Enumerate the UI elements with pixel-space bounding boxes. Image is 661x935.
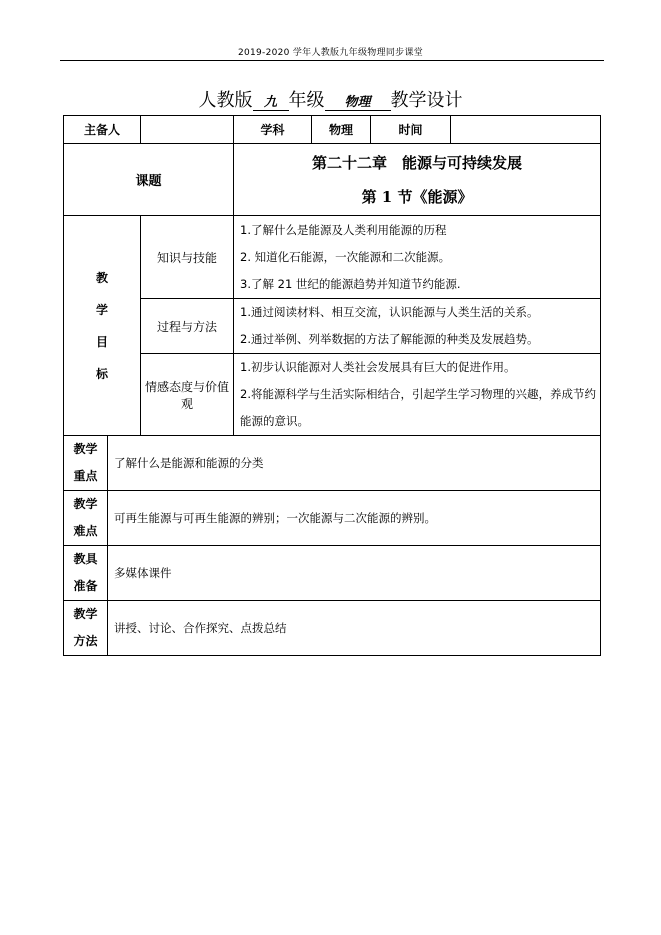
objective-category: 情感态度与价值观 — [141, 354, 234, 436]
objective-content: 1.通过阅读材料、相互交流，认识能源与人类生活的关系。 2.通过举例、列举数据的… — [234, 299, 601, 354]
info-row: 主备人 学科 物理 时间 — [64, 116, 601, 144]
header-divider — [60, 60, 604, 61]
row-value: 了解什么是能源和能源的分类 — [108, 436, 601, 491]
teaching-methods-row: 教学 方法 讲授、讨论、合作探究、点拨总结 — [64, 601, 601, 656]
row-label: 教具 准备 — [64, 546, 108, 601]
row-label: 教学 方法 — [64, 601, 108, 656]
lesson-plan-table: 主备人 学科 物理 时间 课题 第二十二章 能源与可持续发展 第 1 节《能源》… — [63, 115, 601, 656]
time-value — [451, 116, 601, 144]
objective-content: 1.初步认识能源对人类社会发展具有巨大的促进作用。 2.将能源科学与生活实际相结… — [234, 354, 601, 436]
topic-chapter: 第二十二章 能源与可持续发展 — [234, 146, 600, 180]
title-middle: 年级 — [289, 90, 325, 111]
document-title: 人教版九年级物理教学设计 — [0, 86, 661, 112]
objectives-label: 教 学 目 标 — [64, 216, 141, 436]
row-value: 多媒体课件 — [108, 546, 601, 601]
topic-row: 课题 第二十二章 能源与可持续发展 第 1 节《能源》 — [64, 144, 601, 216]
teaching-aids-row: 教具 准备 多媒体课件 — [64, 546, 601, 601]
time-label: 时间 — [371, 116, 451, 144]
key-points-row: 教学 重点 了解什么是能源和能源的分类 — [64, 436, 601, 491]
objective-row-attitude: 情感态度与价值观 1.初步认识能源对人类社会发展具有巨大的促进作用。 2.将能源… — [64, 354, 601, 436]
row-value: 可再生能源与可再生能源的辨别；一次能源与二次能源的辨别。 — [108, 491, 601, 546]
topic-label: 课题 — [64, 144, 234, 216]
topic-cell: 第二十二章 能源与可持续发展 第 1 节《能源》 — [234, 144, 601, 216]
objective-content: 1.了解什么是能源及人类利用能源的历程 2. 知道化石能源，一次能源和二次能源。… — [234, 216, 601, 299]
title-subject-blank: 物理 — [325, 91, 391, 111]
objective-row-knowledge: 教 学 目 标 知识与技能 1.了解什么是能源及人类利用能源的历程 2. 知道化… — [64, 216, 601, 299]
preparer-label: 主备人 — [64, 116, 141, 144]
row-label: 教学 重点 — [64, 436, 108, 491]
title-suffix: 教学设计 — [391, 90, 463, 111]
running-header: 2019-2020 学年人教版九年级物理同步课堂 — [0, 45, 661, 58]
objective-category: 过程与方法 — [141, 299, 234, 354]
title-grade-blank: 九 — [253, 91, 289, 111]
topic-section: 第 1 节《能源》 — [234, 180, 600, 214]
objective-category: 知识与技能 — [141, 216, 234, 299]
difficulties-row: 教学 难点 可再生能源与可再生能源的辨别；一次能源与二次能源的辨别。 — [64, 491, 601, 546]
title-prefix: 人教版 — [199, 90, 253, 111]
row-value: 讲授、讨论、合作探究、点拨总结 — [108, 601, 601, 656]
subject-label: 学科 — [234, 116, 312, 144]
preparer-value — [141, 116, 234, 144]
objective-row-process: 过程与方法 1.通过阅读材料、相互交流，认识能源与人类生活的关系。 2.通过举例… — [64, 299, 601, 354]
row-label: 教学 难点 — [64, 491, 108, 546]
subject-value: 物理 — [312, 116, 371, 144]
